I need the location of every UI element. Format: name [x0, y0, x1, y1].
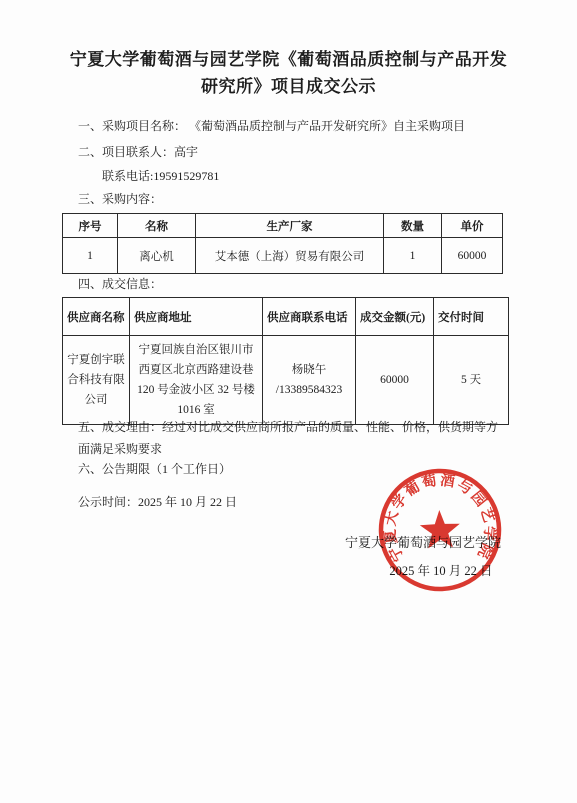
header-cell-supplier-name: 供应商名称	[63, 298, 130, 336]
table-row: 1 离心机 艾本德（上海）贸易有限公司 1 60000	[63, 238, 503, 274]
seal-char: 酒	[439, 472, 456, 491]
table-header-row: 供应商名称 供应商地址 供应商联系电话 成交金额(元) 交付时间	[63, 298, 509, 336]
section-deal-reason-line2: 面满足采购要求	[78, 441, 162, 457]
publish-time: 公示时间：2025 年 10 月 22 日	[78, 494, 237, 510]
header-cell-supplier-phone: 供应商联系电话	[263, 298, 356, 336]
page-title-line1: 宁夏大学葡萄酒与园艺学院《葡萄酒品质控制与产品开发	[0, 46, 577, 73]
cell-quantity: 1	[384, 238, 442, 274]
cell-delivery-time: 5 天	[434, 336, 509, 425]
cell-manufacturer: 艾本德（上海）贸易有限公司	[196, 238, 384, 274]
cell-supplier-name: 宁夏创宇联合科技有限公司	[63, 336, 130, 425]
announcement-page: 宁夏大学葡萄酒与园艺学院《葡萄酒品质控制与产品开发 研究所》项目成交公示 一、采…	[0, 0, 577, 803]
seal-char: 大	[382, 509, 402, 528]
section-project-name: 一、采购项目名称： 《葡萄酒品质控制与产品开发研究所》自主采购项目	[78, 118, 465, 134]
section-announcement-period: 六、公告期限（1 个工作日）	[78, 461, 231, 477]
section-deal-info: 四、成交信息：	[78, 276, 162, 292]
seal-char: 夏	[380, 528, 400, 545]
deal-info-table: 供应商名称 供应商地址 供应商联系电话 成交金额(元) 交付时间 宁夏创宇联合科…	[62, 297, 509, 425]
table-row: 宁夏创宇联合科技有限公司 宁夏回族自治区银川市西夏区北京西路建设巷 120 号金…	[63, 336, 509, 425]
header-cell-unit-price: 单价	[442, 214, 503, 238]
contact-phone: 联系电话:19591529781	[102, 168, 219, 184]
header-cell-delivery-time: 交付时间	[434, 298, 509, 336]
cell-supplier-address: 宁夏回族自治区银川市西夏区北京西路建设巷 120 号金波小区 32 号楼 101…	[130, 336, 263, 425]
cell-name: 离心机	[118, 238, 196, 274]
header-cell-name: 名称	[118, 214, 196, 238]
seal-star-icon	[419, 509, 460, 548]
section-contact-person: 二、项目联系人：高宇	[78, 144, 198, 160]
header-cell-supplier-address: 供应商地址	[130, 298, 263, 336]
section-procurement-content: 三、采购内容：	[78, 191, 162, 207]
page-title-line2: 研究所》项目成交公示	[0, 73, 577, 100]
procurement-content-table: 序号 名称 生产厂家 数量 单价 1 离心机 艾本德（上海）贸易有限公司 1 6…	[62, 213, 503, 274]
cell-seq: 1	[63, 238, 118, 274]
table-header-row: 序号 名称 生产厂家 数量 单价	[63, 214, 503, 238]
header-cell-manufacturer: 生产厂家	[196, 214, 384, 238]
header-cell-seq: 序号	[63, 214, 118, 238]
header-cell-deal-amount: 成交金额(元)	[356, 298, 434, 336]
section-deal-reason-line1: 五、成交理由：经过对比成交供应商所报产品的质量、性能、价格，供货期等方	[78, 419, 498, 435]
cell-deal-amount: 60000	[356, 336, 434, 425]
page-title: 宁夏大学葡萄酒与园艺学院《葡萄酒品质控制与产品开发 研究所》项目成交公示	[0, 46, 577, 100]
seal-char: 学	[480, 525, 499, 541]
official-seal-stamp: 宁夏大学葡萄酒与园艺学院	[374, 464, 506, 596]
header-cell-quantity: 数量	[384, 214, 442, 238]
cell-unit-price: 60000	[442, 238, 503, 274]
cell-supplier-phone: 杨晓午 /13389584323	[263, 336, 356, 425]
